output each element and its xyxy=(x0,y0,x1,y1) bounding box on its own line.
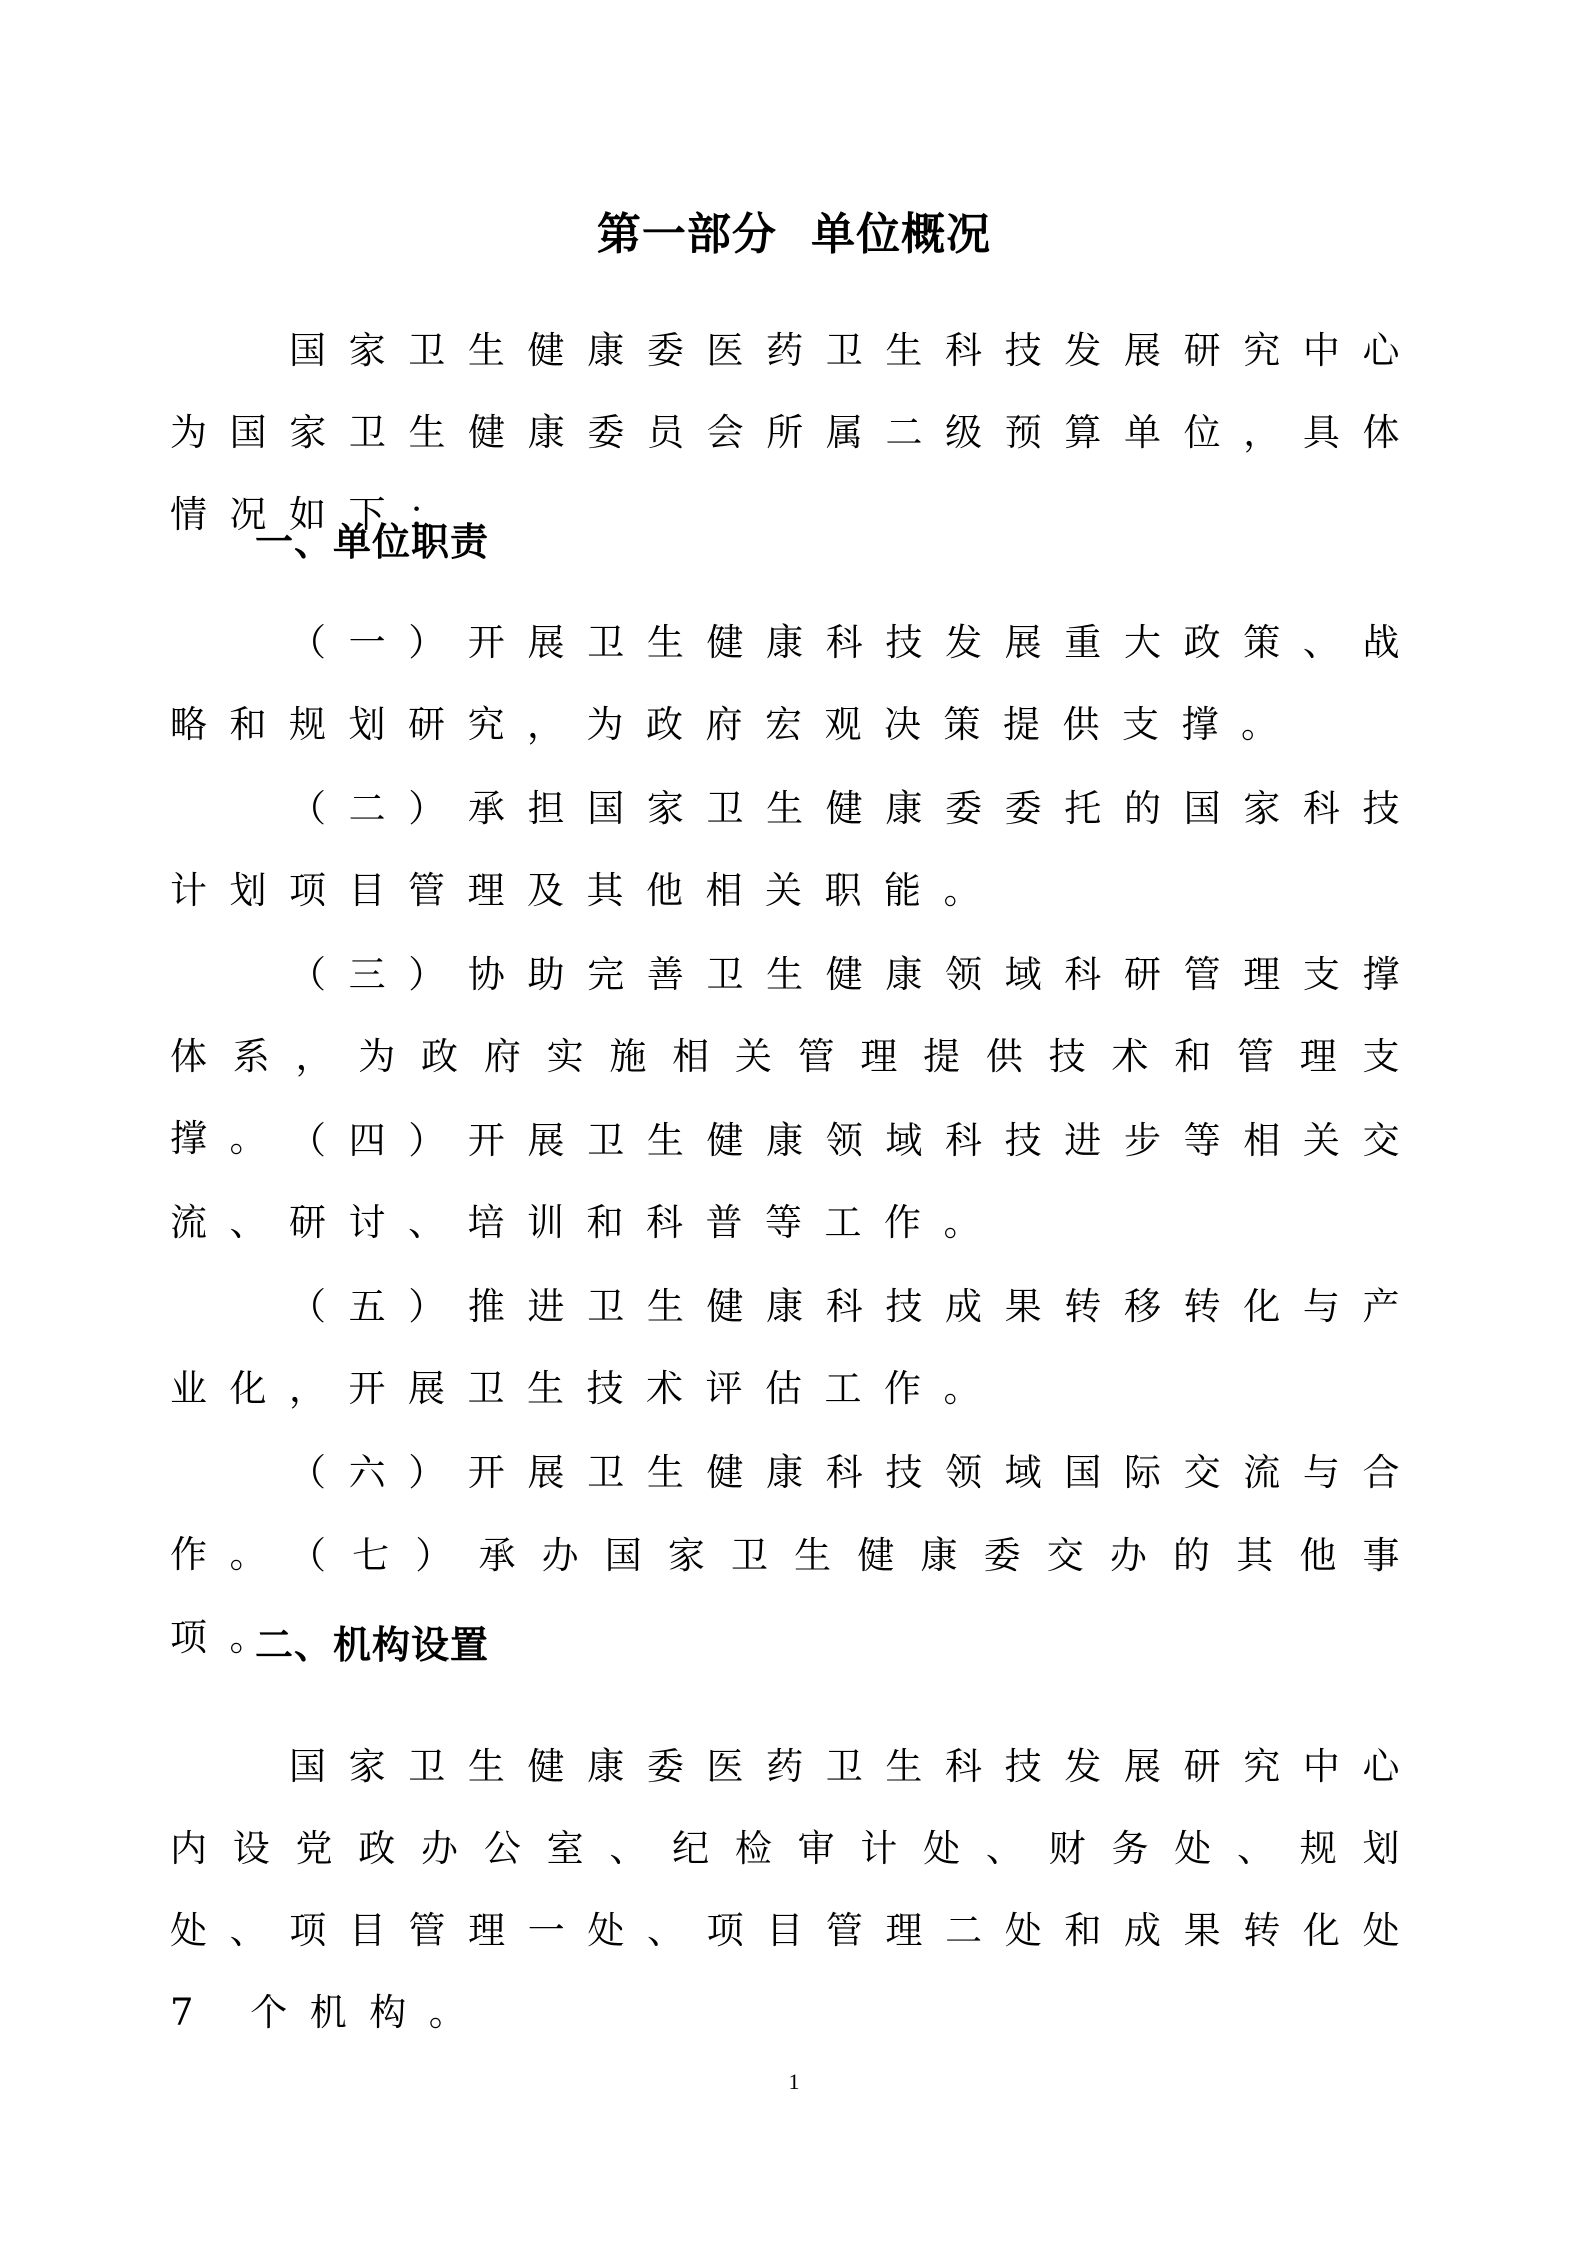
responsibility-item-1: （一）开展卫生健康科技发展重大政策、战略和规划研究，为政府宏观决策提供支撑。 xyxy=(170,602,1422,766)
organization-paragraph: 国家卫生健康委医药卫生科技发展研究中心内设党政办公室、纪检审计处、财务处、规划处… xyxy=(170,1726,1422,2054)
responsibility-item-5: （五）推进卫生健康科技成果转移转化与产业化，开展卫生技术评估工作。 xyxy=(170,1266,1422,1430)
page-number: 1 xyxy=(0,2068,1588,2096)
responsibility-item-4: （四）开展卫生健康领域科技进步等相关交流、研讨、培训和科普等工作。 xyxy=(170,1100,1422,1264)
section-heading-responsibilities: 一、单位职责 xyxy=(255,512,489,572)
section-heading-organization: 二、机构设置 xyxy=(255,1615,489,1675)
responsibility-item-2: （二）承担国家卫生健康委委托的国家科技计划项目管理及其他相关职能。 xyxy=(170,768,1422,932)
document-page: 第一部分 单位概况 国家卫生健康委医药卫生科技发展研究中心为国家卫生健康委员会所… xyxy=(0,0,1588,2245)
page-title: 第一部分 单位概况 xyxy=(0,205,1588,265)
